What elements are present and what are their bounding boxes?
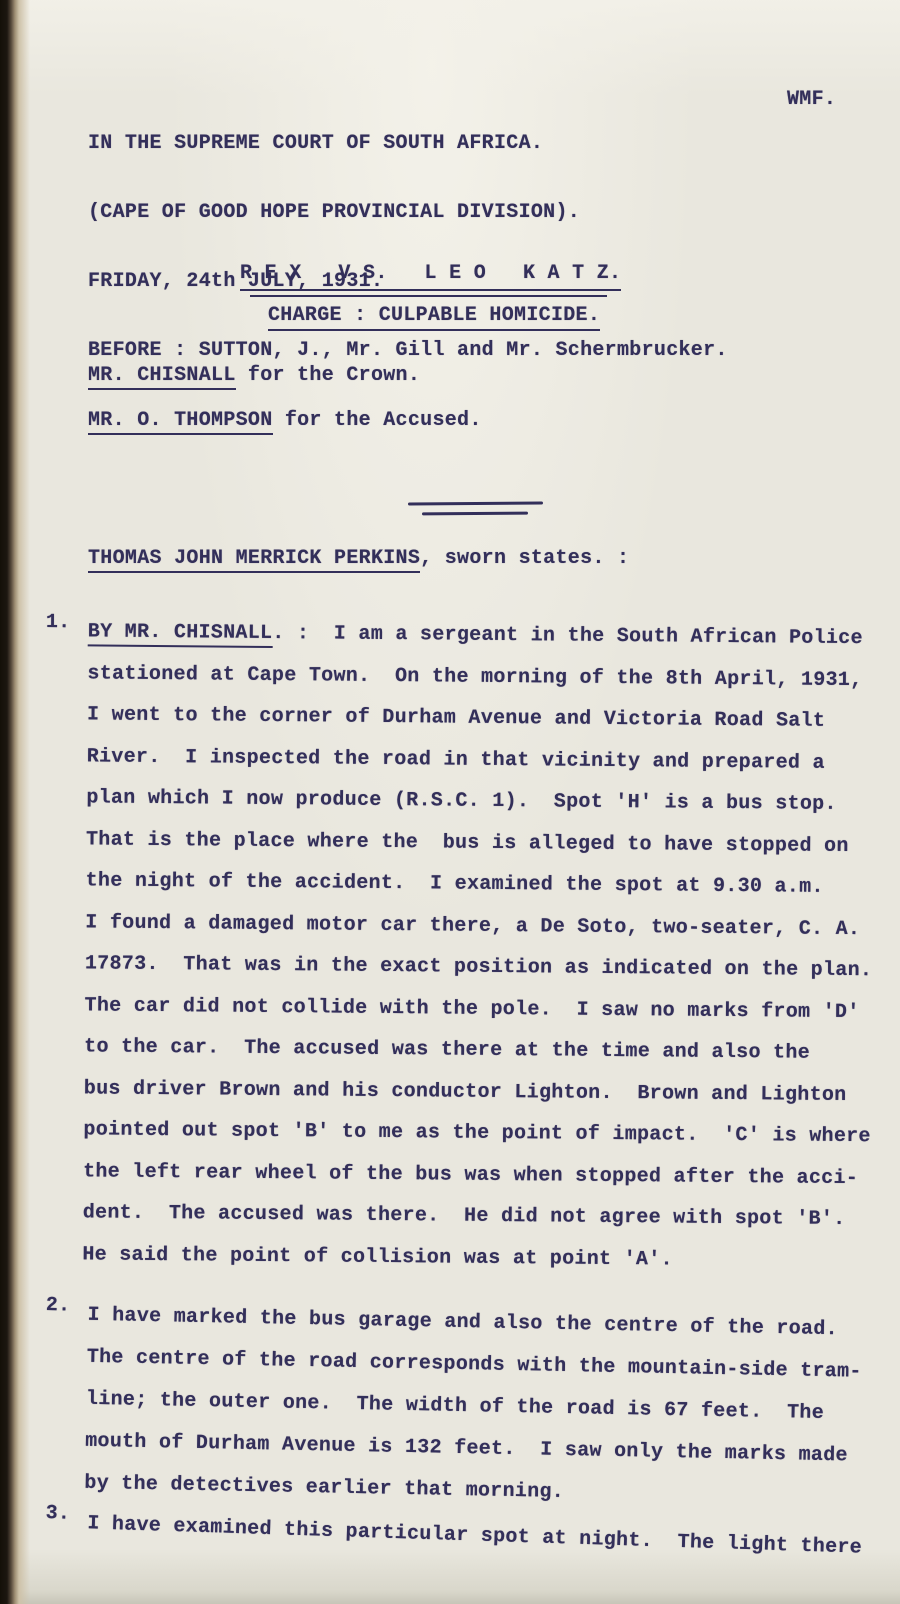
testimony-line: pointed out spot 'B' to me as the point … (83, 1109, 879, 1157)
testimony-line: I went to the corner of Durham Avenue an… (87, 694, 883, 742)
counsel-defence-role: for the Accused. (273, 409, 482, 432)
testimony-line: I found a damaged motor car there, a De … (85, 902, 881, 950)
testimony-line: the night of the accident. I examined th… (85, 860, 881, 908)
testimony-paragraph-1: 1. BY MR. CHISNALL. : I am a sergeant in… (40, 611, 884, 1282)
court-name: IN THE SUPREME COURT OF SOUTH AFRICA. (88, 132, 728, 155)
testimony-line: to the car. The accused was there at the… (84, 1026, 880, 1074)
counsel-crown: MR. CHISNALL for the Crown. (88, 364, 420, 387)
section-divider-bottom-rule (422, 512, 528, 516)
charge-line: CHARGE : CULPABLE HOMICIDE. (268, 304, 600, 331)
case-title: R E X V S. L E O K A T Z. (240, 262, 621, 291)
counsel-defence-name: MR. O. THOMPSON (88, 409, 273, 435)
paragraph-number: 1. (46, 611, 88, 634)
court-division: (CAPE OF GOOD HOPE PROVINCIAL DIVISION). (88, 201, 728, 224)
paragraph-number: 3. (45, 1502, 88, 1526)
testimony-line: dent. The accused was there. He did not … (83, 1192, 879, 1240)
witness-sworn-line: THOMAS JOHN MERRICK PERKINS, sworn state… (88, 547, 629, 570)
testimony-line: He said the point of collision was at po… (82, 1234, 878, 1282)
court-header: IN THE SUPREME COURT OF SOUTH AFRICA. (C… (88, 86, 728, 408)
testimony-line: plan which I now produce (R.S.C. 1). Spo… (86, 777, 882, 825)
examiner-name: BY MR. CHISNALL (88, 620, 273, 648)
testimony-line: BY MR. CHISNALL. : I am a sergeant in th… (88, 611, 884, 659)
testimony-line: The car did not collide with the pole. I… (84, 985, 880, 1033)
watermark-initials: WMF. (787, 88, 836, 111)
paragraph-number: 2. (46, 1294, 88, 1318)
paragraph-lines: I have marked the bus garage and also th… (84, 1295, 884, 1520)
section-divider-top-rule (408, 502, 543, 506)
testimony-line: River. I inspected the road in that vici… (87, 736, 883, 784)
testimony-paragraph-2: 2. I have marked the bus garage and also… (42, 1294, 884, 1520)
testimony-line: stationed at Cape Town. On the morning o… (87, 653, 883, 701)
counsel-crown-name: MR. CHISNALL (88, 364, 236, 390)
testimony-line: That is the place where the bus is alleg… (86, 819, 882, 867)
counsel-crown-role: for the Crown. (236, 364, 421, 387)
paragraph-lines: BY MR. CHISNALL. : I am a sergeant in th… (82, 611, 884, 1282)
testimony-line: the left rear wheel of the bus was when … (83, 1151, 879, 1199)
counsel-defence: MR. O. THOMPSON for the Accused. (88, 409, 482, 432)
witness-sworn-suffix: , sworn states. : (420, 547, 629, 570)
witness-name: THOMAS JOHN MERRICK PERKINS (88, 547, 420, 573)
testimony-line: 17873. That was in the exact position as… (85, 943, 881, 991)
scanned-court-transcript-page: IN THE SUPREME COURT OF SOUTH AFRICA. (C… (0, 0, 900, 1604)
bench-line: BEFORE : SUTTON, J., Mr. Gill and Mr. Sc… (88, 339, 728, 362)
testimony-line: bus driver Brown and his conductor Light… (84, 1068, 880, 1116)
testimony-lead-text: . : I am a sergeant in the South African… (272, 622, 863, 650)
